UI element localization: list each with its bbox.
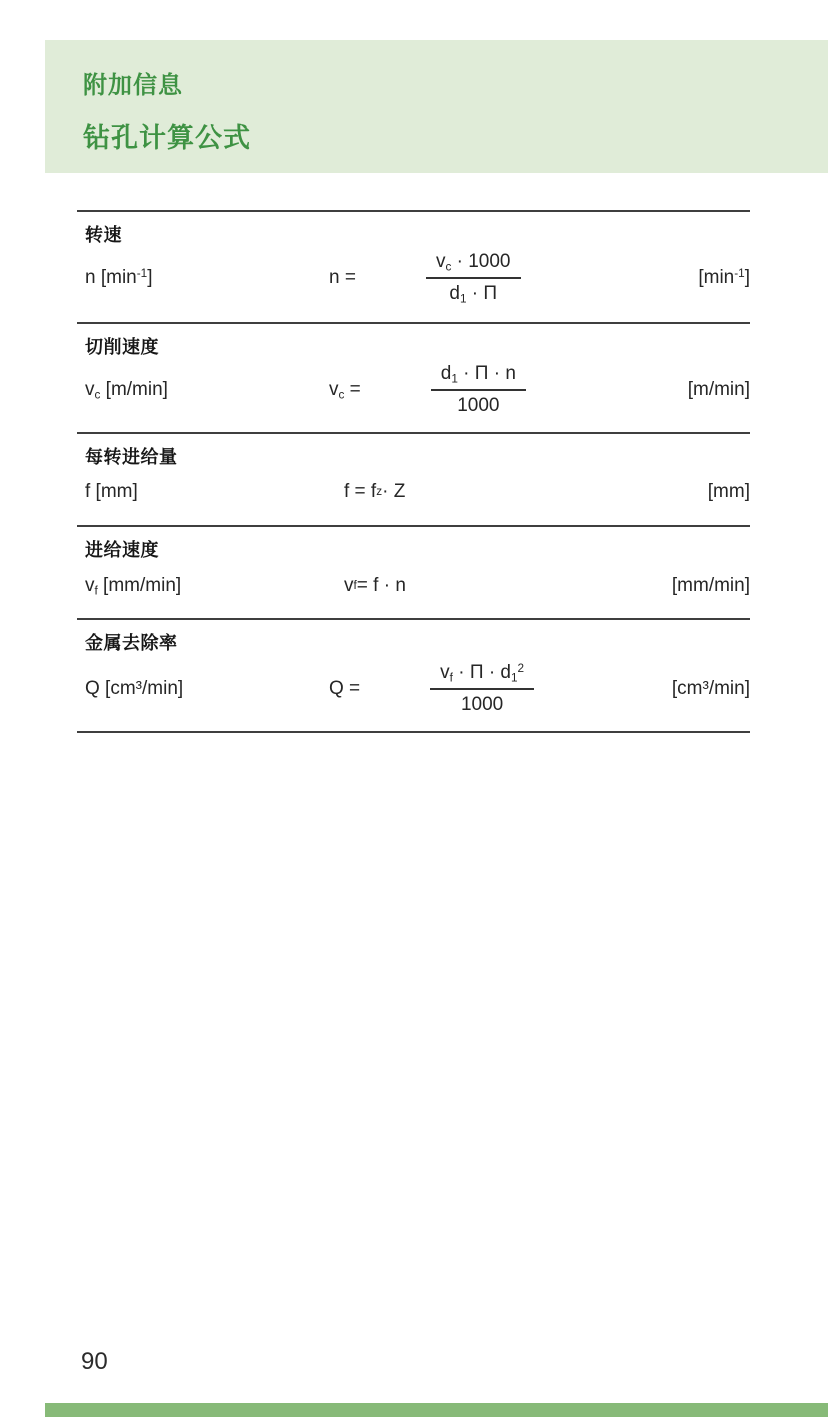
fraction: vf · Π · d12 1000 bbox=[430, 662, 534, 716]
fraction-numerator: vc · 1000 bbox=[426, 251, 521, 279]
symbol-label: n [min-1] bbox=[85, 267, 153, 289]
table-row-feed-rate: 进给速度 vf [mm/min] vf = f · n [mm/min] bbox=[77, 525, 750, 618]
symbol-label: Q [cm³/min] bbox=[85, 678, 183, 700]
formula: vc = d1 · Π · n 1000 bbox=[329, 363, 526, 417]
unit-label: [min-1] bbox=[698, 267, 750, 289]
fraction-denominator: 1000 bbox=[430, 690, 534, 716]
section-eyebrow: 附加信息 bbox=[83, 65, 183, 100]
formula-lhs: vc = bbox=[329, 379, 361, 401]
table-row-metal-removal: 金属去除率 Q [cm³/min] Q = vf · Π · d12 1000 … bbox=[77, 618, 750, 733]
formula-table: 转速 n [min-1] n = vc · 1000 d1 · Π [min-1… bbox=[77, 210, 750, 733]
header-banner: 附加信息 钻孔计算公式 bbox=[45, 40, 828, 173]
symbol-label: vf [mm/min] bbox=[85, 575, 181, 597]
formula: Q = vf · Π · d12 1000 bbox=[329, 662, 534, 716]
footer-accent-bar bbox=[45, 1403, 828, 1417]
formula-lhs: Q = bbox=[329, 678, 360, 700]
unit-label: [mm] bbox=[708, 481, 750, 503]
fraction: d1 · Π · n 1000 bbox=[431, 363, 526, 417]
formula-lhs: n = bbox=[329, 267, 356, 289]
unit-label: [mm/min] bbox=[672, 575, 750, 597]
row-title: 进给速度 bbox=[85, 536, 159, 562]
row-title: 切削速度 bbox=[85, 333, 159, 359]
formula: f = fz · Z bbox=[344, 481, 405, 503]
formula: vf = f · n bbox=[344, 575, 406, 597]
symbol-label: f [mm] bbox=[85, 481, 138, 503]
page-title: 钻孔计算公式 bbox=[83, 116, 251, 155]
table-row-speed: 转速 n [min-1] n = vc · 1000 d1 · Π [min-1… bbox=[77, 210, 750, 322]
table-row-feed-per-rev: 每转进给量 f [mm] f = fz · Z [mm] bbox=[77, 432, 750, 525]
table-row-cutting-speed: 切削速度 vc [m/min] vc = d1 · Π · n 1000 [m/… bbox=[77, 322, 750, 432]
unit-label: [m/min] bbox=[688, 379, 750, 401]
page-number: 90 bbox=[81, 1348, 108, 1376]
fraction-numerator: d1 · Π · n bbox=[431, 363, 526, 391]
fraction-numerator: vf · Π · d12 bbox=[430, 662, 534, 690]
symbol-label: vc [m/min] bbox=[85, 379, 168, 401]
fraction-denominator: d1 · Π bbox=[426, 279, 521, 305]
fraction: vc · 1000 d1 · Π bbox=[426, 251, 521, 305]
row-title: 每转进给量 bbox=[85, 443, 178, 469]
row-title: 金属去除率 bbox=[85, 629, 178, 655]
formula: n = vc · 1000 d1 · Π bbox=[329, 251, 521, 305]
row-title: 转速 bbox=[85, 221, 122, 247]
fraction-denominator: 1000 bbox=[431, 391, 526, 417]
unit-label: [cm³/min] bbox=[672, 678, 750, 700]
